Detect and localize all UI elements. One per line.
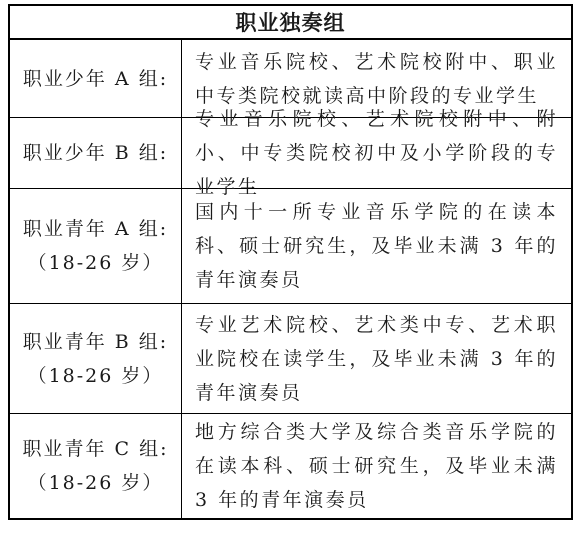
table-row: 职业青年 A 组: （18-26 岁） 国内十一所专业音乐学院的在读本科、硕士研… [10,188,571,303]
group-description-cell: 专业音乐院校、艺术院校附中、附小、中专类院校初中及小学阶段的专业学生 [182,118,571,188]
group-label-cell: 职业青年 C 组: （18-26 岁） [10,414,182,518]
group-description-cell: 专业艺术院校、艺术类中专、艺术职业院校在读学生，及毕业未满 3 年的青年演奏员 [182,304,571,413]
group-description: 地方综合类大学及综合类音乐学院的在读本科、硕士研究生，及毕业未满 3 年的青年演… [195,415,558,517]
category-table: 职业独奏组 职业少年 A 组: 专业音乐院校、艺术院校附中、职业中专类院校就读高… [8,4,573,520]
table-title: 职业独奏组 [10,6,571,40]
group-name: 职业青年 A 组: [23,212,168,246]
group-label-cell: 职业少年 B 组: [10,118,182,188]
group-name: 职业少年 A 组: [23,62,168,96]
table-row: 职业青年 B 组: （18-26 岁） 专业艺术院校、艺术类中专、艺术职业院校在… [10,303,571,413]
group-age: （18-26 岁） [28,246,164,280]
group-description-cell: 国内十一所专业音乐学院的在读本科、硕士研究生，及毕业未满 3 年的青年演奏员 [182,189,571,303]
group-label-cell: 职业少年 A 组: [10,40,182,117]
group-name: 职业青年 C 组: [22,432,168,466]
group-age: （18-26 岁） [28,466,164,500]
table-row: 职业少年 B 组: 专业音乐院校、艺术院校附中、附小、中专类院校初中及小学阶段的… [10,117,571,188]
group-description-cell: 地方综合类大学及综合类音乐学院的在读本科、硕士研究生，及毕业未满 3 年的青年演… [182,414,571,518]
group-description: 专业艺术院校、艺术类中专、艺术职业院校在读学生，及毕业未满 3 年的青年演奏员 [195,308,558,410]
group-label-cell: 职业青年 A 组: （18-26 岁） [10,189,182,303]
group-name: 职业少年 B 组: [23,136,168,170]
group-description: 国内十一所专业音乐学院的在读本科、硕士研究生，及毕业未满 3 年的青年演奏员 [195,195,558,297]
group-label-cell: 职业青年 B 组: （18-26 岁） [10,304,182,413]
group-name: 职业青年 B 组: [23,325,168,359]
group-age: （18-26 岁） [28,359,164,393]
table-row: 职业青年 C 组: （18-26 岁） 地方综合类大学及综合类音乐学院的在读本科… [10,413,571,518]
